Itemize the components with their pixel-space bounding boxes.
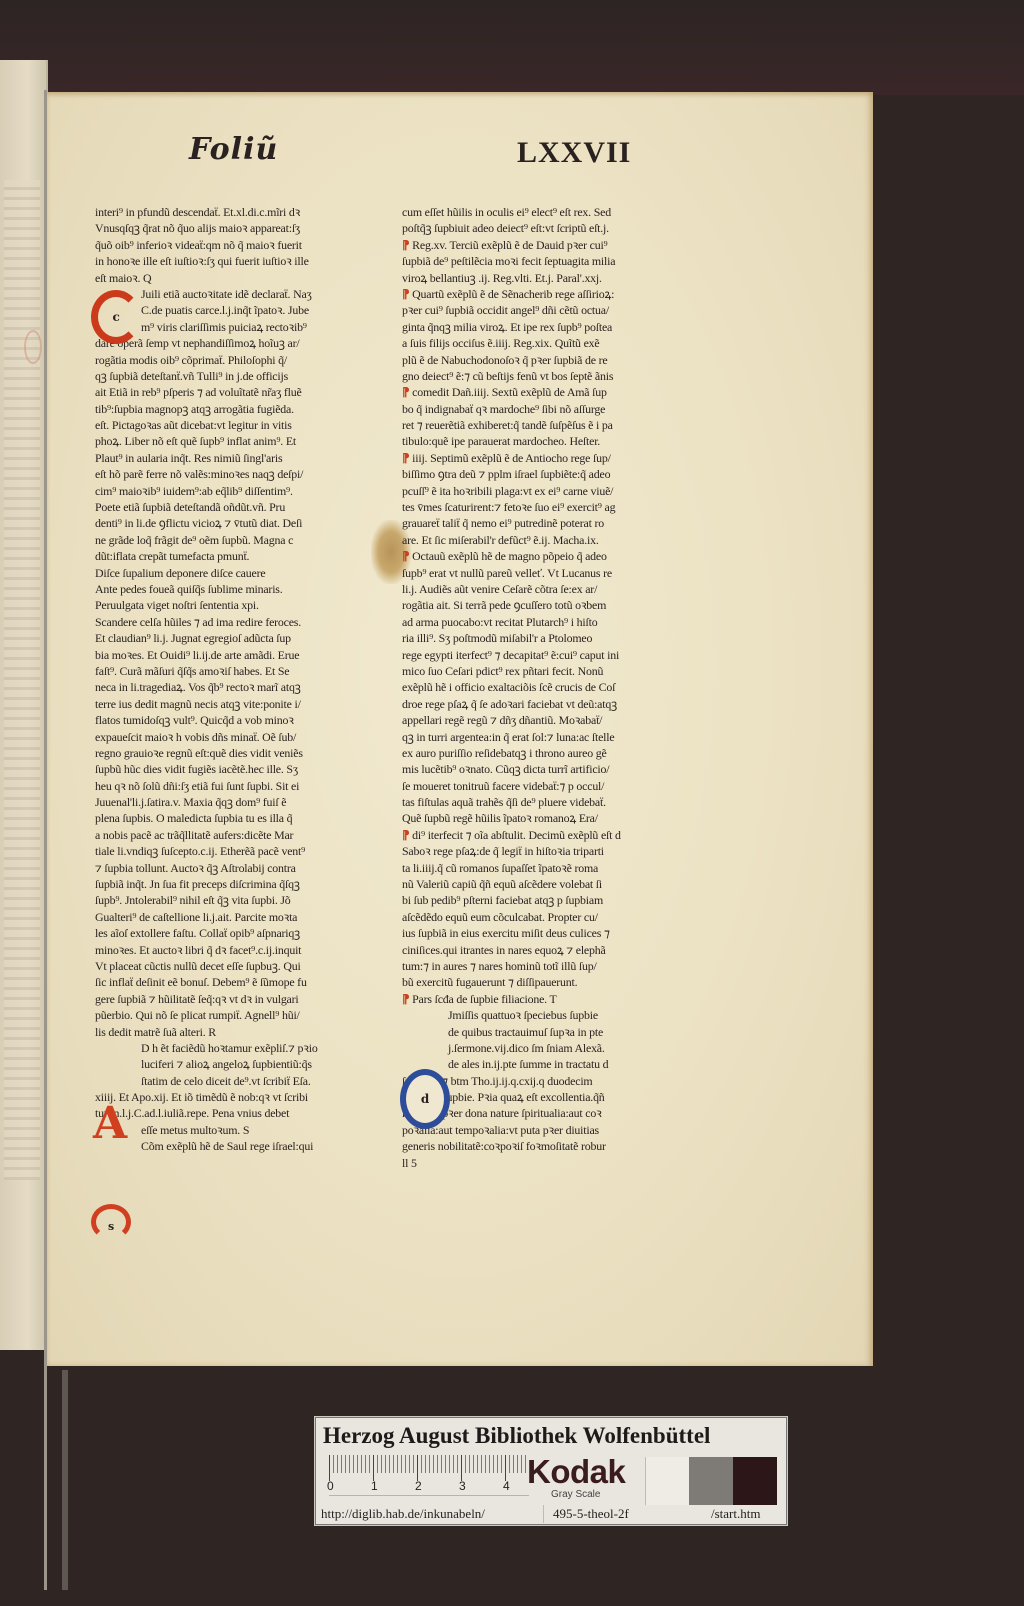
text-line: exẽplũ hẽ i officio exaltaciõis ſcẽ cruc…	[402, 679, 687, 695]
text-line: Et claudian⁹ li.j. Jugnat egregioſ adũct…	[95, 630, 380, 646]
text-line-content: Pars ſcđa de ſupbie filiacione. T	[412, 992, 556, 1006]
text-line: bũ exercitũ fugauerunt ⁊ diſſipauerunt.	[402, 974, 687, 990]
text-line: faſt⁹. Curã mãſuri q̃ſq̃s amoꝛiſ habes. …	[95, 663, 380, 679]
url-suffix: /start.htm	[711, 1506, 760, 1522]
rubric-mark-icon: ⁋	[402, 287, 412, 301]
scale-ruler: 0 1 2 3 4	[329, 1455, 529, 1496]
text-line: ait Etiã in reb⁹ pſperis ⁊ ad voluĩtatẽ …	[95, 384, 380, 400]
facing-page-edge	[0, 60, 48, 1350]
text-line: expaueſcit maioꝛ h vobis dñs minaẗ. Oẽ ſ…	[95, 729, 380, 745]
red-initial-s: s	[91, 1204, 131, 1240]
incunable-page: Foliũ LXXVII c A s interi⁹ in pfundũ des…	[47, 92, 873, 1366]
text-line: bia moꝛes. Et Ouidi⁹ li.ij.de arte amãdi…	[95, 647, 380, 663]
rubric-mark-icon: ⁋	[402, 828, 412, 842]
text-line: cim⁹ maioꝛib⁹ iuidem⁹:ab eq̃lib⁹ diſſent…	[95, 483, 380, 499]
text-line: Juuenal'li.j.ſatira.v. Maxia q̃qꝫ dom⁹ f…	[95, 794, 380, 810]
text-line: ⁋ di⁹ iterfecit ⁊ oĩa abſtulit. Decimũ e…	[402, 827, 687, 843]
text-line: Vt placeat cũctis nullũ decet eſſe ſupbu…	[95, 958, 380, 974]
text-line: Plaut⁹ in aularia inq̃t. Res nimiũ ſingl…	[95, 450, 380, 466]
text-line: Ante pedes foueã quiſq̃s ſublime minaris…	[95, 581, 380, 597]
text-line: tib⁹:ſupbia magnopꝫ atqꝫ arrogãtia fugiẽ…	[95, 401, 380, 417]
text-line-content: Octauũ exẽplũ hẽ de magno põpeio q̃ adeo	[412, 549, 607, 563]
text-column-left: c A s interi⁹ in pfundũ descendaẗ. Et.xl…	[95, 204, 380, 1155]
text-line: rege egypti iterfect⁹ ⁊ decapitat⁹ ẽ:cui…	[402, 647, 687, 663]
text-line: ſic inflaẗ deſinit eẽ bonuſ. Debem⁹ ẽ ſũ…	[95, 974, 380, 990]
text-line-content: iiij. Septimũ exẽplũ ẽ de Antiocho rege …	[412, 451, 611, 465]
text-line: rogãtia ait. Si terrã pede ꝯcuſſero totũ…	[402, 597, 687, 613]
rubric-mark-icon: ⁋	[402, 385, 412, 399]
scan-background-top	[0, 0, 1024, 95]
text-line: ⁋ Reg.xv. Terciũ exẽplũ ẽ de Dauid pꝛer …	[402, 237, 687, 253]
text-line: eſt. Pictagoꝛas aũt dicebat:vt legitur i…	[95, 417, 380, 433]
text-line: ria illi⁹. Sʒ poſtmodũ miſabil'r a Ptolo…	[402, 630, 687, 646]
text-line: ne grãde loq̃ frãgit de⁹ oẽm ſupbũ. Magn…	[95, 532, 380, 548]
text-line: xiiij. Et Apo.xij. Et iõ timẽdũ ẽ nob:qꝛ…	[95, 1089, 380, 1105]
text-line: ſupb⁹. Jntolerabil⁹ nihil eſt q̃ꝫ vita ſ…	[95, 892, 380, 908]
rubric-mark-icon: ⁋	[402, 992, 412, 1006]
text-line: dare operã ſemp vt nephandiſſimoꝝ hoĩuꝫ …	[95, 335, 380, 351]
text-line: ſtatim de celo diceit de⁹.vt ſcribiẗ Eſa…	[95, 1073, 380, 1089]
url-base: http://diglib.hab.de/inkunabeln/	[321, 1506, 485, 1522]
text-line: minoꝛes. Et auctoꝛ libri q̃ dꝛ facet⁹.c.…	[95, 942, 380, 958]
text-line: ſupbũ hũc dies vidit fugiẽs iacẽtẽ.hec i…	[95, 761, 380, 777]
text-column-right: d cum eſſet hũilis in oculis ei⁹ elect⁹ …	[402, 204, 687, 1155]
text-line: neca in li.tragediaꝝ. Vos q̃b⁹ rectoꝛ ma…	[95, 679, 380, 695]
text-line-content: comedit Dañ.iiij. Sextũ exẽplũ de Amã ſu…	[412, 385, 607, 399]
text-line-content: Reg.xv. Terciũ exẽplũ ẽ de Dauid pꝛer cu…	[412, 238, 607, 252]
text-line: aſcẽdẽdo equũ eum cõculcabat. Propter cu…	[402, 909, 687, 925]
guide-letter: d	[421, 1091, 429, 1107]
text-line: j.ſermone.vij.dico ſm ſniam Alexã.	[402, 1040, 687, 1056]
text-line-content: Quartũ exẽplũ ẽ de Sẽnacherib rege aſſir…	[412, 287, 614, 301]
url-row: http://diglib.hab.de/inkunabeln/ 495-5-t…	[315, 1503, 787, 1525]
text-line: Scandere celſa hũiles ⁊ ad ima redire fe…	[95, 614, 380, 630]
text-line: plena ſupbis. O maledicta ſupbia tu es i…	[95, 810, 380, 826]
library-name: Herzog August Bibliothek Wolfenbüttel	[323, 1423, 710, 1449]
gray-swatch-dark	[733, 1457, 777, 1505]
text-line: bi ſub pedib⁹ pſterni faciebat atqꝫ p ſu…	[402, 892, 687, 908]
text-line: ⁋ Quartũ exẽplũ ẽ de Sẽnacherib rege aſſ…	[402, 286, 687, 302]
text-line: ſupbiã inq̃t. Jn ſua fit preceps diſcrim…	[95, 876, 380, 892]
text-line: Vnusqſqꝫ q̃rat nõ q̃uo alijs maioꝛ appar…	[95, 220, 380, 236]
text-line: ſupb⁹ erat vt nullũ pareũ velleť. Vt Luc…	[402, 565, 687, 581]
text-line: ex auro puriſſio reſidebatqꝫ i throno au…	[402, 745, 687, 761]
text-line: de quibus tractauimuſ ſupꝛa in pte	[402, 1024, 687, 1040]
text-line: q̃uõ oib⁹ inferioꝛ videaẗ:qm nõ q̃ maioꝛ…	[95, 237, 380, 253]
text-line: rogãtia modis oib⁹ cõprimaẗ. Philoſophi …	[95, 352, 380, 368]
text-line: ⁋ Pars ſcđa de ſupbie filiacione. T	[402, 991, 687, 1007]
ruler-label: 1	[371, 1479, 378, 1493]
text-line: ⁋ iiij. Septimũ exẽplũ ẽ de Antiocho reg…	[402, 450, 687, 466]
red-initial-c: c	[91, 290, 141, 344]
url-shelfmark: 495-5-theol-2f	[553, 1506, 629, 1522]
gray-scale-label: Gray Scale	[551, 1489, 600, 1500]
text-line: plũ ẽ de Nabuchodonoſoꝛ q̃ pꝛer ſupbiã d…	[402, 352, 687, 368]
text-line: bo q̃ indignabaẗ qꝛ mardoche⁹ ſibi nõ aſ…	[402, 401, 687, 417]
text-line: dũt:iflata crepãt tumefacta pmunẗ.	[95, 548, 380, 564]
running-title: Foliũ	[189, 132, 278, 167]
text-line: heu qꝛ nõ ſolũ dñi:ſʒ etiã fui ſunt ſupb…	[95, 778, 380, 794]
ruler-label: 0	[327, 1479, 334, 1493]
page-header: Foliũ LXXVII	[47, 132, 873, 172]
text-line: li.j. Audiẽs aũt venire Ceſarẽ cõtra ſe:…	[402, 581, 687, 597]
text-line: ciniſices.qui itrantes in nares equoꝝ ⁊ …	[402, 942, 687, 958]
signature-mark: ll 5	[402, 1155, 439, 1171]
text-line: eſt maioꝛ. Q	[95, 270, 380, 286]
text-line: Poete etiã ſupbiã deteſtandã oñdũt.vñ. P…	[95, 499, 380, 515]
text-line: pcuſſ⁹ ẽ ita hoꝛribili plaga:vt ex ei⁹ c…	[402, 483, 687, 499]
text-line: cum eſſet hũilis in oculis ei⁹ elect⁹ eſ…	[402, 204, 687, 220]
ruler-major-tick	[417, 1455, 418, 1481]
text-line: pꝛer cui⁹ ſupbiã occidit angel⁹ dñi cẽtũ…	[402, 302, 687, 318]
text-line-content: di⁹ iterfecit ⁊ oĩa abſtulit. Decimũ exẽ…	[412, 828, 621, 842]
text-line: tes v̄mes ſcaturirent:⁊ fetoꝛe ſuo ei⁹ e…	[402, 499, 687, 515]
text-line: tur in.l.j.C.ad.l.iuliã.repe. Pena vnius…	[95, 1105, 380, 1121]
text-line: biſſimo ꝯtra deũ ⁊ pplm iſrael ſupbiẽte:…	[402, 466, 687, 482]
folio-number: LXXVII	[517, 136, 631, 170]
text-line: pũerbio. Qui nõ ſe plicat rumpiẗ. Agnell…	[95, 1007, 380, 1023]
text-line: luciferi ⁊ alioꝝ angeloꝝ ſupbientiũ:q̃s	[95, 1056, 380, 1072]
text-line: eſſe metus multoꝛum. S	[95, 1122, 380, 1138]
text-line: tum:⁊ in aures ⁊ nares hominũ totĩ illũ …	[402, 958, 687, 974]
text-line: a nobis pacẽ ac trãq̃llitatẽ aufers:dicẽ…	[95, 827, 380, 843]
ruler-label: 3	[459, 1479, 466, 1493]
text-line: ſupbiã de⁹ peſtilẽcia moꝛi fecit ſeptuag…	[402, 253, 687, 269]
text-line: grauareẗ taliẗ q̃ nemo ei⁹ putredinẽ pot…	[402, 515, 687, 531]
text-line: are. Et ſic miſerabil'r defũct⁹ ẽ.ij. Ma…	[402, 532, 687, 548]
text-line: phoꝝ. Liber nõ eſt quẽ ſupb⁹ inflat anim…	[95, 433, 380, 449]
text-line: ad arma puocabo:vt recitat Plutarch⁹ i h…	[402, 614, 687, 630]
guide-letter: s	[108, 1219, 114, 1235]
text-line: in honoꝛe ille eſt iuſtioꝛ:ſʒ qui fuerit…	[95, 253, 380, 269]
text-line: lis dedit matrẽ ſuã alteri. R	[95, 1024, 380, 1040]
text-line: interi⁹ in pfundũ descendaẗ. Et.xl.di.c.…	[95, 204, 380, 220]
text-line: qꝫ ſupbiã deteſtanẗ.vñ Tulli⁹ in j.de of…	[95, 368, 380, 384]
text-line: tiale li.vndiqꝫ ſuſcepto.c.ij. Etherẽã p…	[95, 843, 380, 859]
text-line: droe rege pſaꝝ q̃ ſe adoꝛari faciebat vt…	[402, 696, 687, 712]
text-line: Cõm exẽplũ hẽ de Saul rege iſrael:qui	[95, 1138, 380, 1154]
text-line: D h ẽt faciẽdũ hoꝛtamur exẽpliſ.⁊ pꝛio	[95, 1040, 380, 1056]
text-line: generis nobilitatẽ:coꝛpoꝛiſ foꝛmoſitatẽ …	[402, 1138, 687, 1154]
archive-target-card: Herzog August Bibliothek Wolfenbüttel 0 …	[314, 1416, 788, 1526]
text-line: Jmiſſis quattuoꝛ ſpeciebus ſupbie	[402, 1007, 687, 1023]
text-line: ius ſupbiã in eius exercitu miſit deus c…	[402, 925, 687, 941]
text-line: ⁋ Octauũ exẽplũ hẽ de magno põpeio q̃ ad…	[402, 548, 687, 564]
gray-swatch-mid	[689, 1457, 733, 1505]
rubric-mark-icon: ⁋	[402, 451, 412, 465]
ruler-major-tick	[505, 1455, 506, 1481]
text-line: ſe moueret tonitruũ facere videbaẗ:⁊ p o…	[402, 778, 687, 794]
ruler-ticks	[329, 1455, 529, 1473]
text-line: gere ſupbiã ⁊ hũilitatẽ ſeq̃:qꝛ vt dꝛ in…	[95, 991, 380, 1007]
text-line: regno grauioꝛe regnũ eſt:quẽ dies vidit …	[95, 745, 380, 761]
divider	[543, 1505, 544, 1523]
text-line: poꝛalia:aut tempoꝛalia:vt puta pꝛer diui…	[402, 1122, 687, 1138]
text-line: qꝫ in turri argentea:in q̃ erat ſol:⁊ lu…	[402, 729, 687, 745]
text-line: ret ⁊ reuerẽtiã exhiberet:q̃ tandẽ ſuſpẽ…	[402, 417, 687, 433]
text-line: ta li.iiij.q̃ cũ romanos ſupaſſet ĩpatoꝛ…	[402, 860, 687, 876]
text-line: viroꝝ bellantiuꝫ .ij. Reg.vlti. Et.j. Pa…	[402, 270, 687, 286]
text-line: ⁊ ſupbia tollunt. Auctoꝛ q̃ꝫ Aſtrolabij …	[95, 860, 380, 876]
ruler-label: 4	[503, 1479, 510, 1493]
text-line: terre ius dedit magnũ necis atqꝫ vite:po…	[95, 696, 380, 712]
rubric-mark-icon: ⁋	[402, 549, 412, 563]
text-line: gno deiect⁹ ẽ:⁊ cũ beſtijs fenũ vt bos ſ…	[402, 368, 687, 384]
text-line: poſtq̃ꝫ ſupbiuit adeo deiect⁹ eſt:vt ſcr…	[402, 220, 687, 236]
text-line: appellari regẽ regũ ⁊ dñʒ dñantiũ. Moꝛab…	[402, 712, 687, 728]
blue-initial-d: d	[400, 1069, 450, 1129]
ruler-major-tick	[461, 1455, 462, 1481]
rubric-mark-icon: ⁋	[402, 238, 412, 252]
kodak-logo: Kodak	[527, 1453, 625, 1491]
text-line: a ſuis filijs occiſus ẽ.iiij. Reg.xix. Q…	[402, 335, 687, 351]
ruler-major-tick	[329, 1455, 330, 1481]
text-line: Saboꝛ rege pſaꝝ:de q̃ legiẗ in hiſtoꝛia …	[402, 843, 687, 859]
text-line: Gualteri⁹ de caſtellione li.j.ait. Parci…	[95, 909, 380, 925]
gutter-shadow	[62, 1370, 68, 1590]
text-line: tas fiſtulas aquã trahẽs q̃ſi de⁹ pluere…	[402, 794, 687, 810]
ruler-label: 2	[415, 1479, 422, 1493]
text-line: de ales in.ij.pte ſumme in tractatu d	[402, 1056, 687, 1072]
text-line: tibulo:quẽ ipe parauerat mardocheo. Heſt…	[402, 433, 687, 449]
facing-page-initial-ghost	[24, 330, 42, 364]
text-line: mico ſuo Ceſari pdict⁹ rex pñtari fecit.…	[402, 663, 687, 679]
text-line: Peruulgata viget noſtri ſententia xpi.	[95, 597, 380, 613]
text-line: mis lucẽtib⁹ oꝛnato. Cũqꝫ dicta turrĩ ar…	[402, 761, 687, 777]
red-initial-a: A	[93, 1116, 127, 1132]
text-line: Quẽ ſupbũ regẽ hũilis ĩpatoꝛ romanoꝝ Era…	[402, 810, 687, 826]
text-line: ⁋ comedit Dañ.iiij. Sextũ exẽplũ de Amã …	[402, 384, 687, 400]
guide-letter: c	[112, 309, 119, 325]
text-line: les aĩoſ extollere faſtu. Collaẗ opib⁹ a…	[95, 925, 380, 941]
text-line: ginta q̃nqꝫ milia viroꝝ. Et ipe rex ſupb…	[402, 319, 687, 335]
gray-swatch-white	[645, 1457, 690, 1505]
text-line: Juili etiã auctoꝛitate idẽ declaraẗ. Naʒ	[95, 286, 380, 302]
text-line: Diſce ſupalium deponere diſce cauere	[95, 565, 380, 581]
text-line: denti⁹ in li.de ꝯflictu vicioꝝ ⁊ v̄tutũ …	[95, 515, 380, 531]
ruler-major-tick	[373, 1455, 374, 1481]
text-line: eſt hõ parẽ ferre nõ valẽs:minoꝛes naqꝫ …	[95, 466, 380, 482]
text-line: nũ Valeriũ capiũ q̃ñ equũ aſcẽdere voleb…	[402, 876, 687, 892]
text-line: flatos tumidoſqꝫ vult⁹. Quicq̃d a vob mi…	[95, 712, 380, 728]
